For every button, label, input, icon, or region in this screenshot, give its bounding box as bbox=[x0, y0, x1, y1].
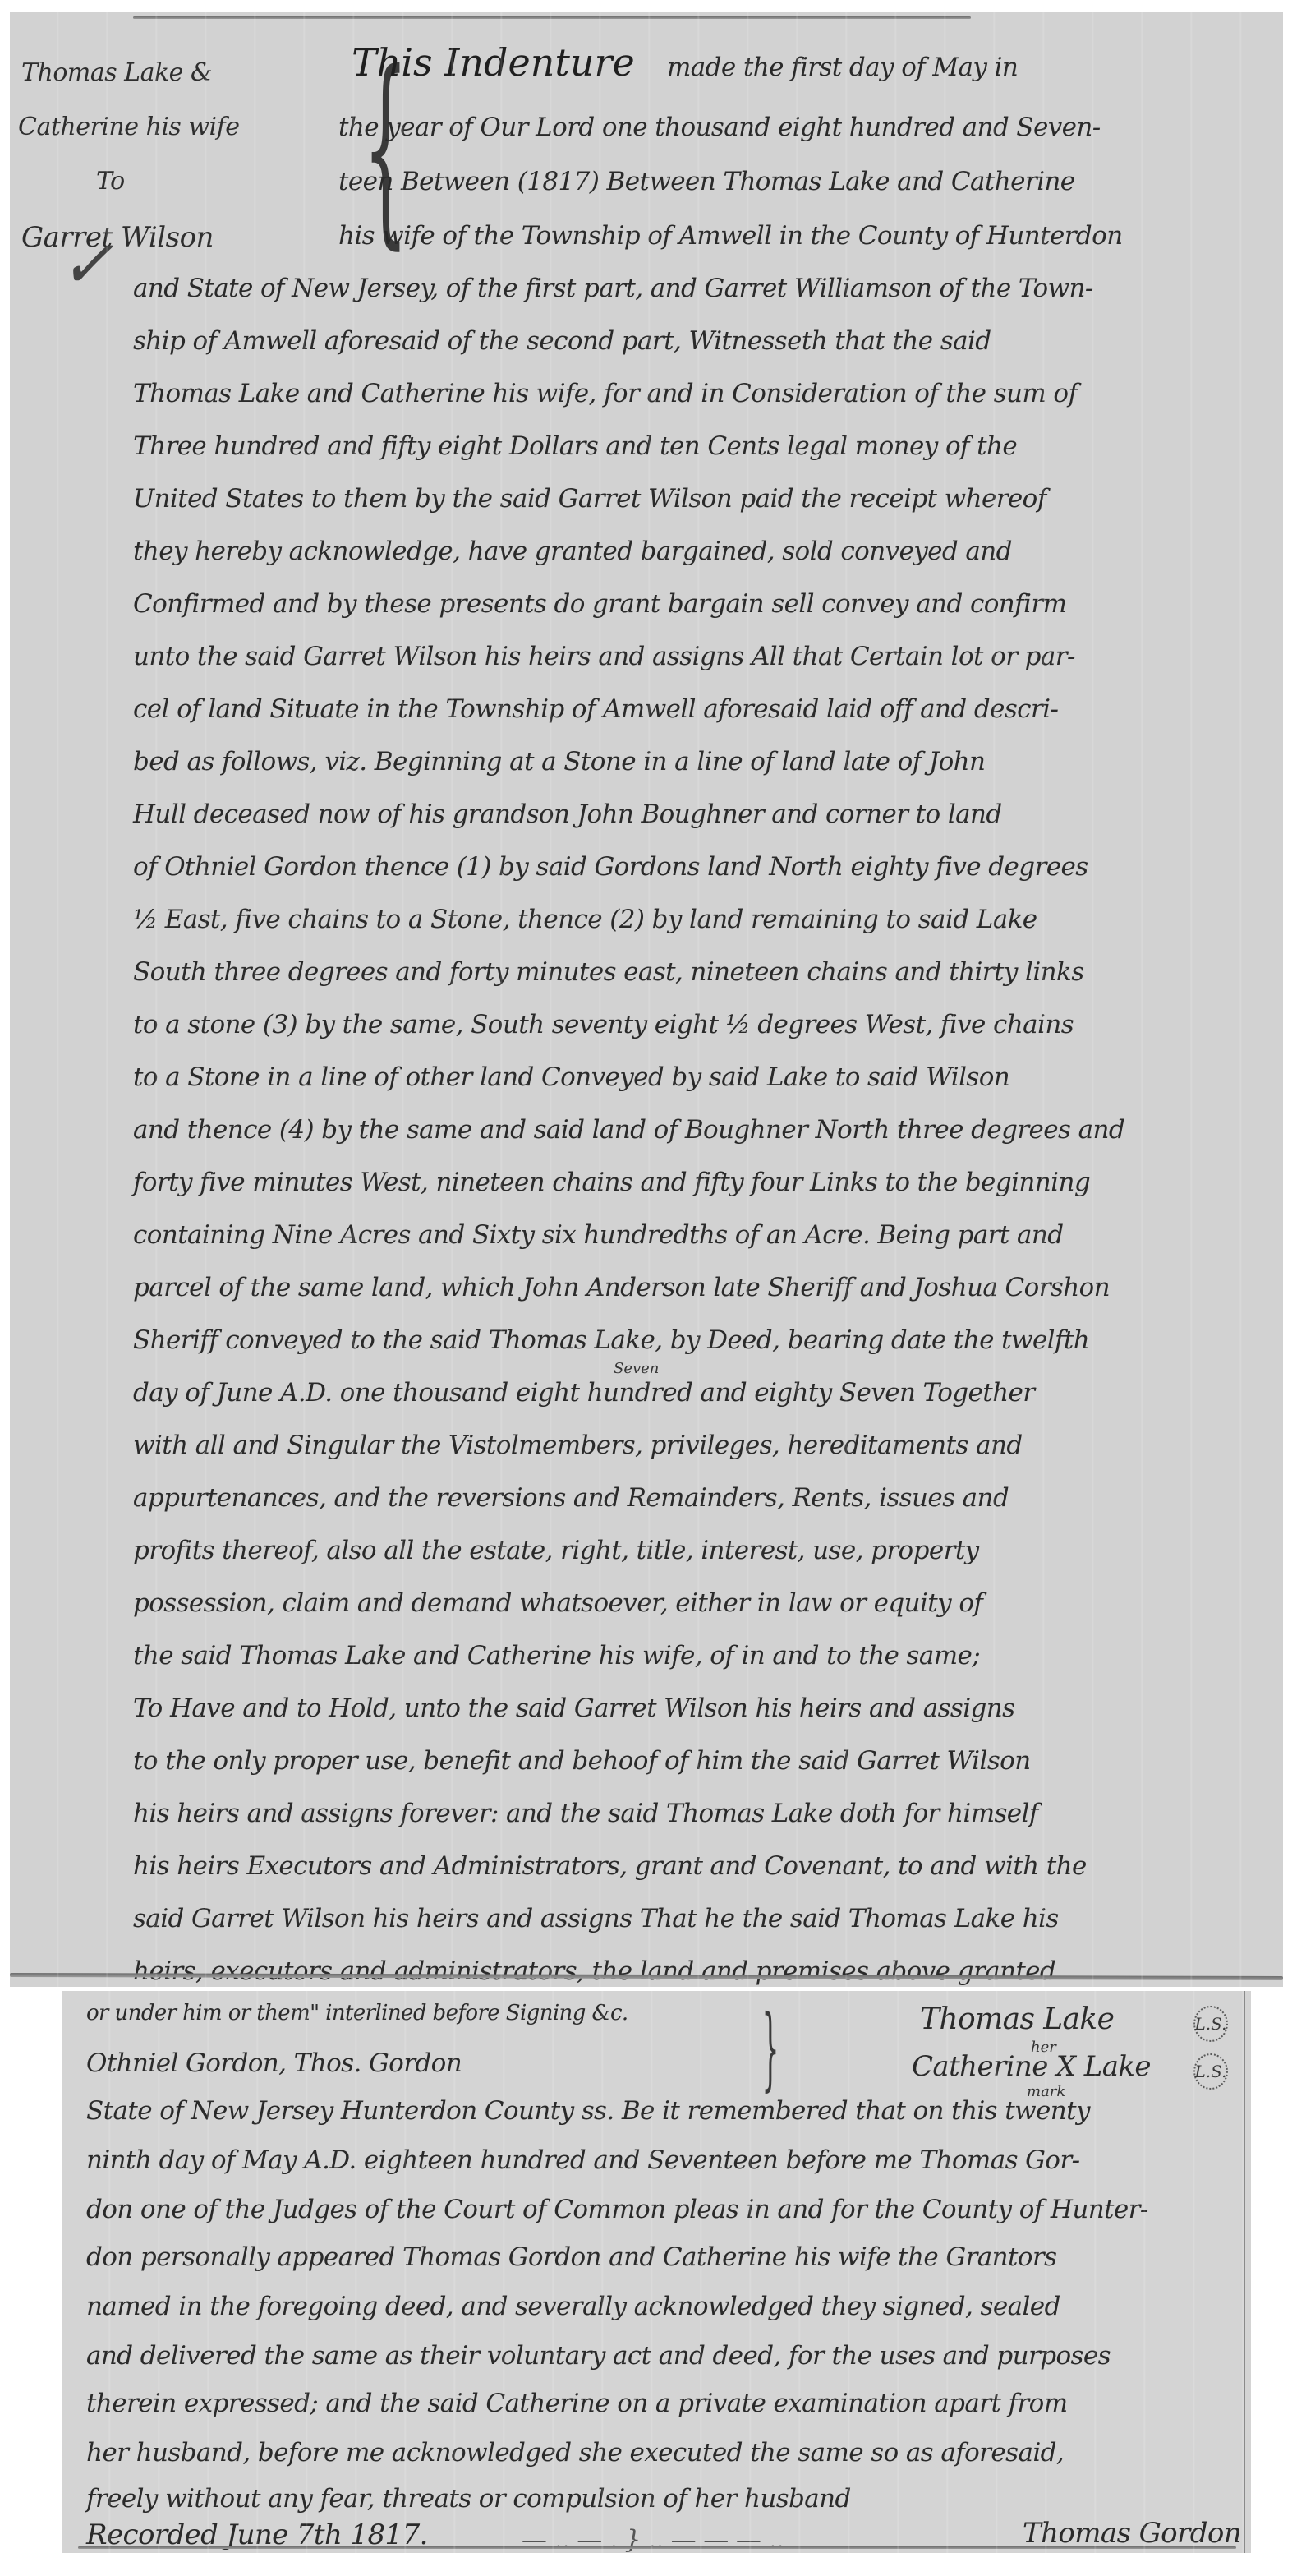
deed-line: his heirs Executors and Administrators, … bbox=[133, 1851, 1087, 1881]
deed-line: South three degrees and forty minutes ea… bbox=[133, 957, 1084, 987]
ack-line: freely without any fear, threats or comp… bbox=[86, 2484, 851, 2514]
deed-line: To Have and to Hold, unto the said Garre… bbox=[133, 1694, 1014, 1723]
deed-line: day of June A.D. one thousand eight hund… bbox=[133, 1378, 1034, 1408]
right-edge-line bbox=[1244, 1991, 1245, 2553]
deed-line: unto the said Garret Wilson his heirs an… bbox=[133, 642, 1075, 671]
ack-line: don personally appeared Thomas Gordon an… bbox=[86, 2242, 1056, 2272]
seal-icon: L.S. bbox=[1193, 2053, 1228, 2090]
deed-line: teen Between (1817) Between Thomas Lake … bbox=[338, 167, 1075, 196]
deed-line: and State of New Jersey, of the first pa… bbox=[133, 274, 1093, 303]
deed-line: ½ East, five chains to a Stone, thence (… bbox=[133, 905, 1037, 934]
deed-line: forty five minutes West, nineteen chains… bbox=[133, 1168, 1090, 1197]
dash-filler: — .. — . } .. — — — .. bbox=[522, 2525, 784, 2555]
margin-line bbox=[122, 12, 122, 1984]
deed-line: United States to them by the said Garret… bbox=[133, 484, 1046, 514]
deed-line: profits thereof, also all the estate, ri… bbox=[133, 1536, 979, 1565]
deed-title-line: This Indenture made the first day of May… bbox=[352, 40, 1018, 85]
margin-grantor-1: Thomas Lake & bbox=[21, 58, 212, 87]
deed-line: his heirs and assigns forever: and the s… bbox=[133, 1799, 1038, 1828]
interlineation: Seven bbox=[614, 1360, 659, 1377]
deed-line: Thomas Lake and Catherine his wife, for … bbox=[133, 379, 1077, 408]
deed-line: heirs, executors and administrators, the… bbox=[133, 1956, 1055, 1986]
witnesses: Othniel Gordon, Thos. Gordon bbox=[86, 2048, 462, 2078]
deed-line: appurtenances, and the reversions and Re… bbox=[133, 1483, 1009, 1513]
seal-icon: L.S. bbox=[1193, 2006, 1228, 2042]
deed-line: cel of land Situate in the Township of A… bbox=[133, 694, 1058, 724]
ack-line: ninth day of May A.D. eighteen hundred a… bbox=[86, 2145, 1079, 2175]
margin-grantor-2: Catherine his wife bbox=[18, 113, 240, 141]
deed-line: Three hundred and fifty eight Dollars an… bbox=[133, 431, 1017, 461]
signature-thomas-lake: Thomas Lake bbox=[920, 2002, 1114, 2036]
top-rule bbox=[133, 16, 971, 19]
ack-line: therein expressed; and the said Catherin… bbox=[86, 2389, 1068, 2418]
deed-line: said Garret Wilson his heirs and assigns… bbox=[133, 1904, 1059, 1933]
deed-page-lower: or under him or them" interlined before … bbox=[62, 1991, 1251, 2553]
deed-line-0: made the first day of May in bbox=[667, 53, 1018, 82]
deed-line: Sheriff conveyed to the said Thomas Lake… bbox=[133, 1325, 1089, 1355]
deed-line: they hereby acknowledge, have granted ba… bbox=[133, 537, 1012, 566]
deed-line: bed as follows, viz. Beginning at a Ston… bbox=[133, 747, 985, 776]
witness-brace: } bbox=[762, 2002, 779, 2093]
ack-line: don one of the Judges of the Court of Co… bbox=[86, 2195, 1148, 2224]
continuation-line: or under him or them" interlined before … bbox=[86, 2001, 628, 2025]
deed-line: to the only proper use, benefit and beho… bbox=[133, 1746, 1031, 1776]
signature-catherine-lake: Catherine X Lake bbox=[912, 2050, 1151, 2083]
deed-line: possession, claim and demand whatsoever,… bbox=[133, 1588, 982, 1618]
deed-line: ship of Amwell aforesaid of the second p… bbox=[133, 326, 991, 356]
deed-line: with all and Singular the Vistolmembers,… bbox=[133, 1431, 1023, 1460]
deed-line: Hull deceased now of his grandson John B… bbox=[133, 800, 1002, 829]
deed-line: to a stone (3) by the same, South sevent… bbox=[133, 1010, 1074, 1039]
deed-line: his wife of the Township of Amwell in th… bbox=[338, 221, 1123, 251]
deed-line: Confirmed and by these presents do grant… bbox=[133, 589, 1066, 619]
ack-line: State of New Jersey Hunterdon County ss.… bbox=[86, 2096, 1090, 2126]
ack-line: her husband, before me acknowledged she … bbox=[86, 2438, 1064, 2468]
deed-line: of Othniel Gordon thence (1) by said Gor… bbox=[133, 852, 1088, 882]
deed-line: to a Stone in a line of other land Conve… bbox=[133, 1062, 1009, 1092]
check-mark-icon: ✓ bbox=[59, 226, 114, 302]
deed-line: the said Thomas Lake and Catherine his w… bbox=[133, 1641, 980, 1670]
deed-page-upper: Thomas Lake & Catherine his wife To Garr… bbox=[10, 12, 1283, 1987]
deed-line: parcel of the same land, which John Ande… bbox=[133, 1273, 1110, 1302]
deed-title: This Indenture bbox=[352, 40, 635, 85]
margin-grantee: Garret Wilson bbox=[21, 221, 214, 254]
ack-line: and delivered the same as their voluntar… bbox=[86, 2341, 1111, 2371]
bottom-rule bbox=[78, 2546, 1236, 2549]
margin-line bbox=[80, 1991, 80, 2553]
deed-line: the year of Our Lord one thousand eight … bbox=[338, 113, 1101, 142]
deed-line: containing Nine Acres and Sixty six hund… bbox=[133, 1220, 1064, 1250]
ack-line: named in the foregoing deed, and several… bbox=[86, 2292, 1060, 2321]
judge-signature: Thomas Gordon bbox=[1023, 2517, 1241, 2550]
margin-to: To bbox=[96, 167, 125, 196]
deed-line: and thence (4) by the same and said land… bbox=[133, 1115, 1124, 1145]
